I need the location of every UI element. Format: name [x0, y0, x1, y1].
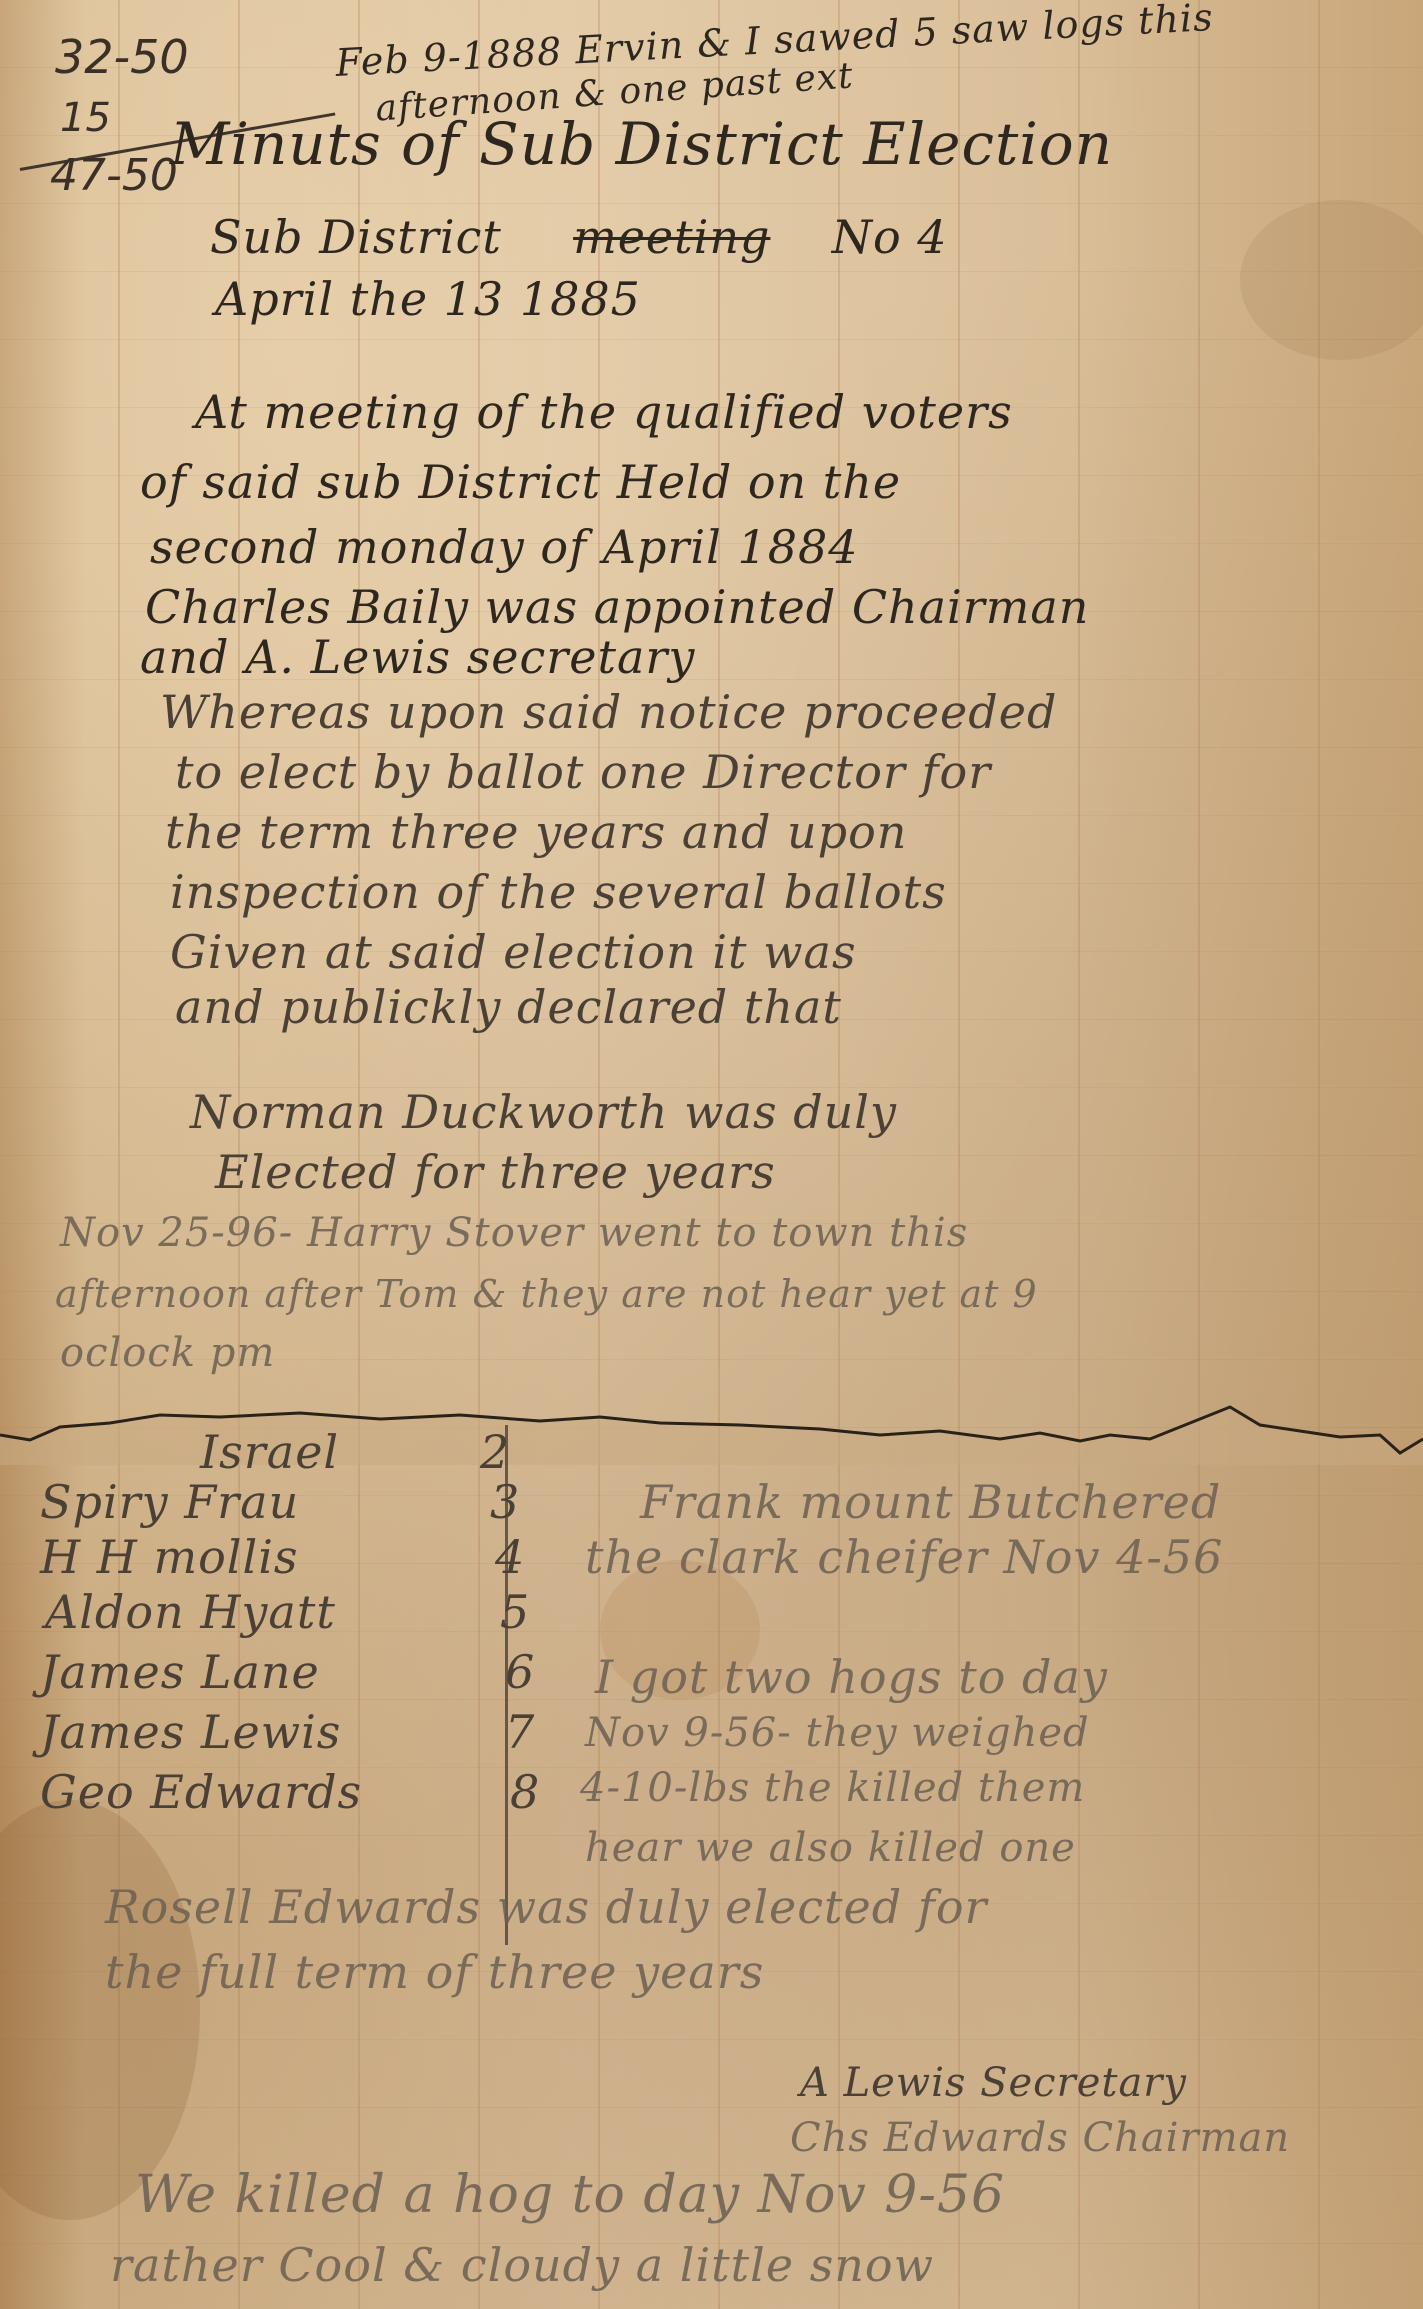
- body-line-1: At meeting of the qualified voters: [195, 385, 1013, 439]
- footer-note-line-1: We killed a hog to day Nov 9-56: [135, 2165, 1005, 2225]
- list-number: 2: [480, 1425, 510, 1479]
- paper-stain: [1240, 200, 1423, 360]
- manuscript-page: 32-50 15 47-50 Feb 9-1888 Ervin & I sawe…: [0, 0, 1423, 2309]
- list-number: 3: [490, 1475, 520, 1529]
- list-item: Spiry Frau: [40, 1475, 299, 1529]
- body-line-5: and A. Lewis secretary: [140, 630, 695, 684]
- list-item: H H mollis: [40, 1530, 299, 1584]
- margin-figure-2: 15: [60, 95, 111, 141]
- result-line-1: Norman Duckworth was duly: [190, 1085, 897, 1139]
- right-note-line-4: Nov 9-56- they weighed: [585, 1710, 1090, 1756]
- later-note-line-2: afternoon after Tom & they are not hear …: [55, 1272, 1038, 1316]
- margin-figure-1: 32-50: [55, 30, 189, 84]
- closing-line-2: the full term of three years: [105, 1945, 764, 1999]
- right-note-line-3: I got two hogs to day: [595, 1650, 1108, 1704]
- body-line-10: Given at said election it was: [170, 925, 857, 979]
- struck-word: meeting: [573, 210, 770, 264]
- subtitle-line-1: Sub District meeting No 4: [210, 210, 948, 264]
- body-line-9: inspection of the several ballots: [170, 865, 947, 919]
- list-item: James Lane: [40, 1645, 320, 1699]
- list-number: 5: [500, 1585, 530, 1639]
- body-line-2: of said sub District Held on the: [140, 455, 901, 509]
- body-line-6: Whereas upon said notice proceeded: [160, 685, 1057, 739]
- paper-stain: [0, 1800, 200, 2220]
- list-number: 4: [495, 1530, 525, 1584]
- right-note-line-6: hear we also killed one: [585, 1825, 1076, 1871]
- margin-figure-3: 47-50: [50, 150, 178, 201]
- body-line-11: and publickly declared that: [175, 980, 842, 1034]
- chairman-signature: Chs Edwards Chairman: [790, 2115, 1290, 2161]
- footer-note-line-2: rather Cool & cloudy a little snow: [110, 2238, 934, 2292]
- later-note-line-1: Nov 25-96- Harry Stover went to town thi…: [60, 1210, 968, 1256]
- body-line-4: Charles Baily was appointed Chairman: [145, 580, 1089, 634]
- body-line-8: the term three years and upon: [165, 805, 907, 859]
- list-item: James Lewis: [40, 1705, 341, 1759]
- right-note-line-5: 4-10-lbs the killed them: [580, 1765, 1085, 1811]
- right-note-line-2: the clark cheifer Nov 4-56: [585, 1530, 1223, 1584]
- secretary-signature: A Lewis Secretary: [800, 2060, 1187, 2106]
- closing-line-1: Rosell Edwards was duly elected for: [105, 1880, 988, 1934]
- body-line-7: to elect by ballot one Director for: [175, 745, 991, 799]
- subtitle-date: April the 13 1885: [215, 272, 641, 326]
- right-note-line-1: Frank mount Butchered: [640, 1475, 1221, 1529]
- list-item: Geo Edwards: [40, 1765, 362, 1819]
- list-number: 6: [505, 1645, 535, 1699]
- list-item: Israel: [200, 1425, 339, 1479]
- later-note-line-3: oclock pm: [60, 1330, 275, 1376]
- list-item: Aldon Hyatt: [45, 1585, 336, 1639]
- list-number: 8: [510, 1765, 540, 1819]
- body-line-3: second monday of April 1884: [150, 520, 859, 574]
- subtitle-number: No 4: [832, 210, 948, 264]
- result-line-2: Elected for three years: [215, 1145, 776, 1199]
- subtitle-prefix: Sub District: [210, 210, 502, 264]
- list-number: 7: [505, 1705, 535, 1759]
- page-title: Minuts of Sub District Election: [170, 110, 1113, 178]
